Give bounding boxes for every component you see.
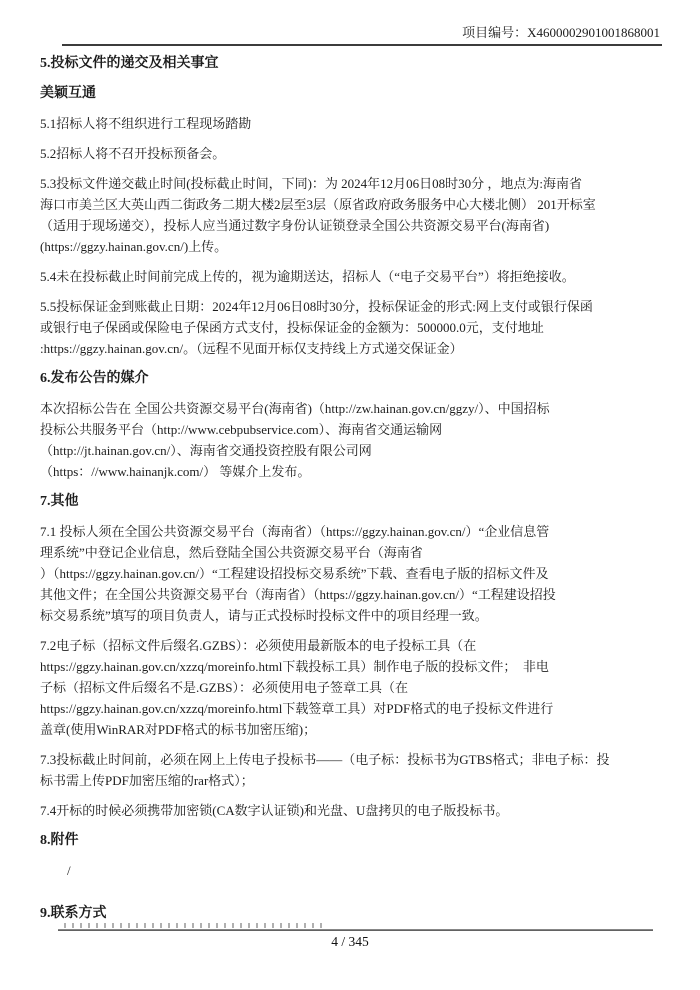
page-header: 项目编号：X4600002901001868001 — [62, 0, 662, 46]
document-body: 5.投标文件的递交及相关事宜 美颖互通 5.1招标人将不组织进行工程现场踏勘 5… — [0, 46, 700, 924]
footer-divider — [58, 929, 653, 931]
section-heading-5: 5.投标文件的递交及相关事宜 — [40, 53, 662, 74]
document-page: 项目编号：X4600002901001868001 5.投标文件的递交及相关事宜… — [0, 0, 700, 990]
paragraph-7-4: 7.4开标的时候必须携带加密锁(CA数字认证锁)和光盘、U盘拷贝的电子版投标书。 — [40, 800, 662, 821]
paragraph-7-1: 7.1 投标人须在全国公共资源交易平台（海南省）（https://ggzy.ha… — [40, 521, 662, 626]
paragraph-5-2: 5.2招标人将不召开投标预备会。 — [40, 143, 662, 164]
paragraph-5-5: 5.5投标保证金到账截止日期：2024年12月06日08时30分，投标保证金的形… — [40, 296, 662, 359]
paragraph-6-media: 本次招标公告在 全国公共资源交易平台(海南省)（http://zw.hainan… — [40, 398, 662, 482]
section-heading-7: 7.其他 — [40, 491, 662, 512]
page-number: 4 / 345 — [0, 933, 700, 951]
paragraph-5-1: 5.1招标人将不组织进行工程现场踏勘 — [40, 113, 662, 134]
attachment-placeholder: / — [40, 860, 662, 881]
paragraph-7-3: 7.3投标截止时间前，必须在网上上传电子投标书——（电子标：投标书为GTBS格式… — [40, 749, 662, 791]
project-number: 项目编号：X4600002901001868001 — [462, 25, 660, 40]
section-heading-9: 9.联系方式 — [40, 903, 662, 924]
paragraph-7-2: 7.2电子标（招标文件后缀名.GZBS）：必须使用最新版本的电子投标工具（在 h… — [40, 635, 662, 740]
clipped-text-artifact — [64, 923, 326, 928]
paragraph-5-4: 5.4未在投标截止时间前完成上传的，视为逾期送达，招标人（“电子交易平台”）将拒… — [40, 266, 662, 287]
paragraph-5-3: 5.3投标文件递交截止时间(投标截止时间，下同)：为 2024年12月06日08… — [40, 173, 662, 257]
section-heading-6: 6.发布公告的媒介 — [40, 368, 662, 389]
section-heading-8: 8.附件 — [40, 830, 662, 851]
project-name-heading: 美颖互通 — [40, 83, 662, 104]
